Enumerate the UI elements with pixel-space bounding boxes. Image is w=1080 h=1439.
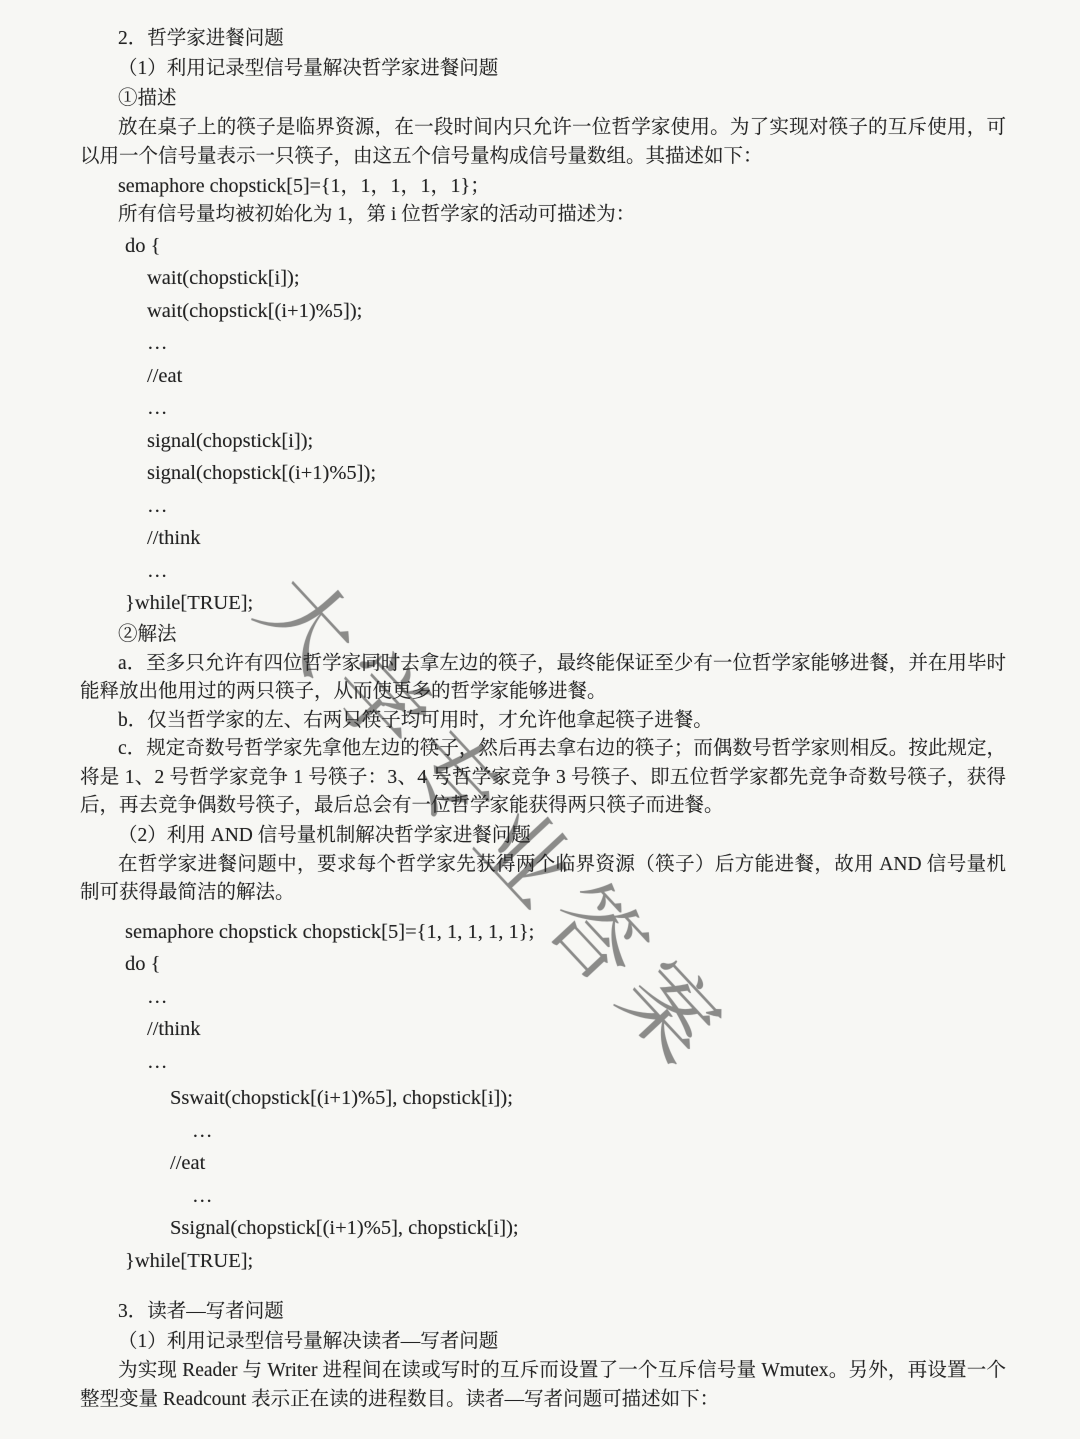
code-line: signal(chopstick[i]); [80,425,1006,458]
section-heading: （1）利用记录型信号量解决哲学家进餐问题 [80,54,1006,84]
paragraph: b．仅当哲学家的左、右两只筷子均可用时，才允许他拿起筷子进餐。 [80,707,1006,736]
section-heading: 2．哲学家进餐问题 [80,24,1006,54]
code-line: Sswait(chopstick[(i+1)%5], chopstick[i])… [80,1082,1006,1115]
section-heading: ①描述 [80,84,1006,114]
code-line: }while[TRUE]; [80,587,1006,620]
code-line: wait(chopstick[i]); [80,262,1006,295]
code-line: … [80,392,1006,425]
code-line: Ssignal(chopstick[(i+1)%5], chopstick[i]… [80,1212,1006,1245]
code-line: … [80,1115,1006,1148]
paragraph: a．至多只允许有四位哲学家同时去拿左边的筷子，最终能保证至少有一位哲学家能够进餐… [80,650,1006,707]
code-line: … [80,1046,1006,1079]
code-line: semaphore chopstick[5]={1，1，1，1，1}； [80,171,1006,201]
document-content: 2．哲学家进餐问题 （1）利用记录型信号量解决哲学家进餐问题 ①描述 放在桌子上… [80,24,1006,1414]
code-line: do { [80,230,1006,263]
paragraph: 为实现 Reader 与 Writer 进程间在读或写时的互斥而设置了一个互斥信… [80,1357,1006,1414]
section-heading: 3．读者—写者问题 [80,1297,1006,1327]
code-line: wait(chopstick[(i+1)%5]); [80,295,1006,328]
code-line: … [80,981,1006,1014]
code-line: … [80,555,1006,588]
section-heading: （1）利用记录型信号量解决读者—写者问题 [80,1327,1006,1357]
code-line: … [80,490,1006,523]
code-line: //eat [80,360,1006,393]
code-line: signal(chopstick[(i+1)%5]); [80,457,1006,490]
code-line: … [80,327,1006,360]
paragraph: c．规定奇数号哲学家先拿他左边的筷子，然后再去拿右边的筷子；而偶数号哲学家则相反… [80,735,1006,821]
code-line: //think [80,522,1006,555]
paragraph: 所有信号量均被初始化为 1，第 i 位哲学家的活动可描述为： [80,201,1006,230]
document-page: 大学专业答案 2．哲学家进餐问题 （1）利用记录型信号量解决哲学家进餐问题 ①描… [0,0,1080,1439]
code-line: … [80,1180,1006,1213]
code-line: //think [80,1013,1006,1046]
code-line: }while[TRUE]; [80,1245,1006,1278]
code-line: //eat [80,1147,1006,1180]
code-line: do { [80,948,1006,981]
code-line: semaphore chopstick chopstick[5]={1, 1, … [80,916,1006,949]
paragraph: 放在桌子上的筷子是临界资源，在一段时间内只允许一位哲学家使用。为了实现对筷子的互… [80,114,1006,171]
section-heading: （2）利用 AND 信号量机制解决哲学家进餐问题 [80,821,1006,851]
paragraph: 在哲学家进餐问题中，要求每个哲学家先获得两个临界资源（筷子）后方能进餐，故用 A… [80,851,1006,908]
section-heading: ②解法 [80,620,1006,650]
